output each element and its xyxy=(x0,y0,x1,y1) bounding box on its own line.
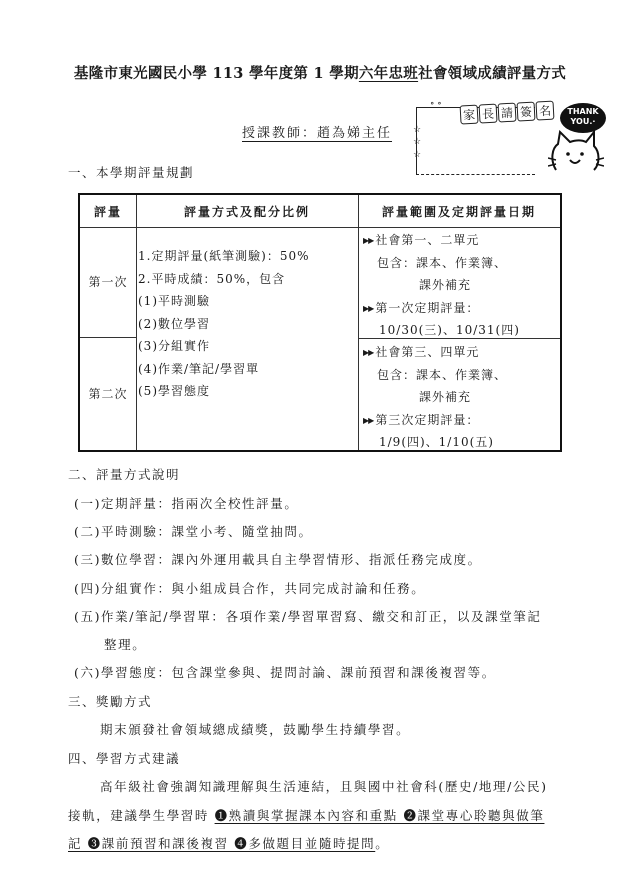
explain-item: (三)數位學習：課內外運用載具自主學習情形、指派任務完成度。 xyxy=(74,550,482,568)
explain-item: (一)定期評量：指兩次全校性評量。 xyxy=(74,494,298,512)
sign-char: 長 xyxy=(479,104,498,124)
row-divider xyxy=(80,337,136,338)
star-icon: ☆ xyxy=(413,137,421,147)
explain-item: (六)學習態度：包含課堂參與、提問討論、課前預習和課後複習等。 xyxy=(74,663,496,681)
suggest-line2: 接軌，建議學生學習時 ❶熟讀與掌握課本內容和重點 ❷課堂專心聆聽與做筆 xyxy=(68,806,544,824)
section1-heading: 一、本學期評量規劃 xyxy=(68,163,194,181)
document-title: 基隆市東光國民小學 113 學年度第 1 學期六年忠班社會領域成績評量方式 xyxy=(0,62,640,83)
explain-item-cont: 整理。 xyxy=(104,635,146,653)
sign-char: 家 xyxy=(460,105,479,125)
column-divider xyxy=(136,195,137,450)
sign-char: 請 xyxy=(498,103,517,123)
scope-extra: 課外補充 xyxy=(363,274,520,297)
explain-item: (二)平時測驗：課堂小考、隨堂抽問。 xyxy=(74,522,313,540)
cat-face-icon xyxy=(548,130,604,182)
section3-heading: 三、獎勵方式 xyxy=(68,692,152,710)
method-item: (4)作業/筆記/學習單 xyxy=(138,358,310,381)
suggest-plain: 接軌，建議學生學習時 xyxy=(68,808,215,823)
assessment-plan-table: 評量 評量方式及配分比例 評量範圍及定期評量日期 第一次 第二次 1.定期評量(… xyxy=(78,193,562,452)
suggest-line3: 記 ❸課前預習和課後複習 ❹多做題目並隨時提問。 xyxy=(68,834,389,852)
teacher-line: 授課教師：趙為娣主任 xyxy=(242,122,392,141)
double-triangle-icon: ▶▶ xyxy=(363,416,373,425)
method-item: (3)分組實作 xyxy=(138,335,310,358)
scope-includes: 包含：課本、作業簿、 xyxy=(363,252,520,275)
scope-unit: 社會第三、四單元 xyxy=(375,345,479,359)
exam-label: 第一次定期評量： xyxy=(375,301,479,315)
suggest-line1: 高年級社會強調知識理解與生活連結，且與國中社會科(歷史/地理/公民) xyxy=(100,777,548,795)
section2-heading: 二、評量方式說明 xyxy=(68,465,180,483)
double-triangle-icon: ▶▶ xyxy=(363,236,373,245)
column-divider xyxy=(358,195,359,450)
title-class: 六年忠班 xyxy=(359,65,418,82)
section4-heading: 四、學習方式建議 xyxy=(68,749,180,767)
reward-text: 期末頒發社會領域總成績獎，鼓勵學生持續學習。 xyxy=(100,720,410,738)
method-item: (5)學習態度 xyxy=(138,380,310,403)
explain-item: (五)作業/筆記/學習單：各項作業/學習單習寫、繳交和訂正，以及課堂筆記 xyxy=(74,607,542,625)
suggest-end: 。 xyxy=(375,836,389,851)
scope-second: ▶▶社會第三、四單元 包含：課本、作業簿、 課外補充 ▶▶第三次定期評量： 1/… xyxy=(363,341,507,454)
header-method: 評量方式及配分比例 xyxy=(136,203,358,220)
sign-char: 簽 xyxy=(517,102,536,122)
exam-dates: 1/9(四)、1/10(五) xyxy=(363,431,507,454)
header-assessment: 評量 xyxy=(80,203,136,220)
header-divider xyxy=(80,227,560,228)
method-list: 1.定期評量(紙筆測驗)：50% 2.平時成績：50%，包含 (1)平時測驗 (… xyxy=(138,245,310,403)
method-item: 1.定期評量(紙筆測驗)：50% xyxy=(138,245,310,268)
scope-first: ▶▶社會第一、二單元 包含：課本、作業簿、 課外補充 ▶▶第一次定期評量： 10… xyxy=(363,229,520,342)
method-item: (1)平時測驗 xyxy=(138,290,310,313)
double-triangle-icon: ▶▶ xyxy=(363,348,373,357)
thank-text: THANK xyxy=(560,107,606,117)
title-suffix: 社會領域成績評量方式 xyxy=(418,65,566,82)
you-text: YOU.· xyxy=(560,117,606,127)
exam-dates: 10/30(三)、10/31(四) xyxy=(363,319,520,342)
parent-sign-label: 家長請簽名 xyxy=(460,100,556,125)
double-triangle-icon: ▶▶ xyxy=(363,304,373,313)
star-icon: ☆ xyxy=(413,125,421,135)
thank-you-bubble: THANK YOU.· xyxy=(560,103,606,133)
explain-item: (四)分組實作：與小組成員合作，共同完成討論和任務。 xyxy=(74,579,425,597)
scope-extra: 課外補充 xyxy=(363,386,507,409)
method-item: (2)數位學習 xyxy=(138,313,310,336)
star-icon: ☆ xyxy=(413,150,421,160)
scope-includes: 包含：課本、作業簿、 xyxy=(363,364,507,387)
row-label-second: 第二次 xyxy=(80,385,136,402)
suggest-underlined: ❶熟讀與掌握課本內容和重點 ❷課堂專心聆聽與做筆 xyxy=(215,808,545,823)
loop-decoration-icon: ∘ ∘ xyxy=(430,99,442,109)
exam-label: 第三次定期評量： xyxy=(375,413,479,427)
method-item: 2.平時成績：50%，包含 xyxy=(138,268,310,291)
scope-unit: 社會第一、二單元 xyxy=(375,233,479,247)
header-scope: 評量範圍及定期評量日期 xyxy=(358,203,560,220)
title-prefix: 基隆市東光國民小學 113 學年度第 1 學期 xyxy=(74,65,359,82)
row-label-first: 第一次 xyxy=(80,273,136,290)
suggest-underlined: 記 ❸課前預習和課後複習 ❹多做題目並隨時提問 xyxy=(68,836,375,851)
sign-char: 名 xyxy=(536,101,555,121)
